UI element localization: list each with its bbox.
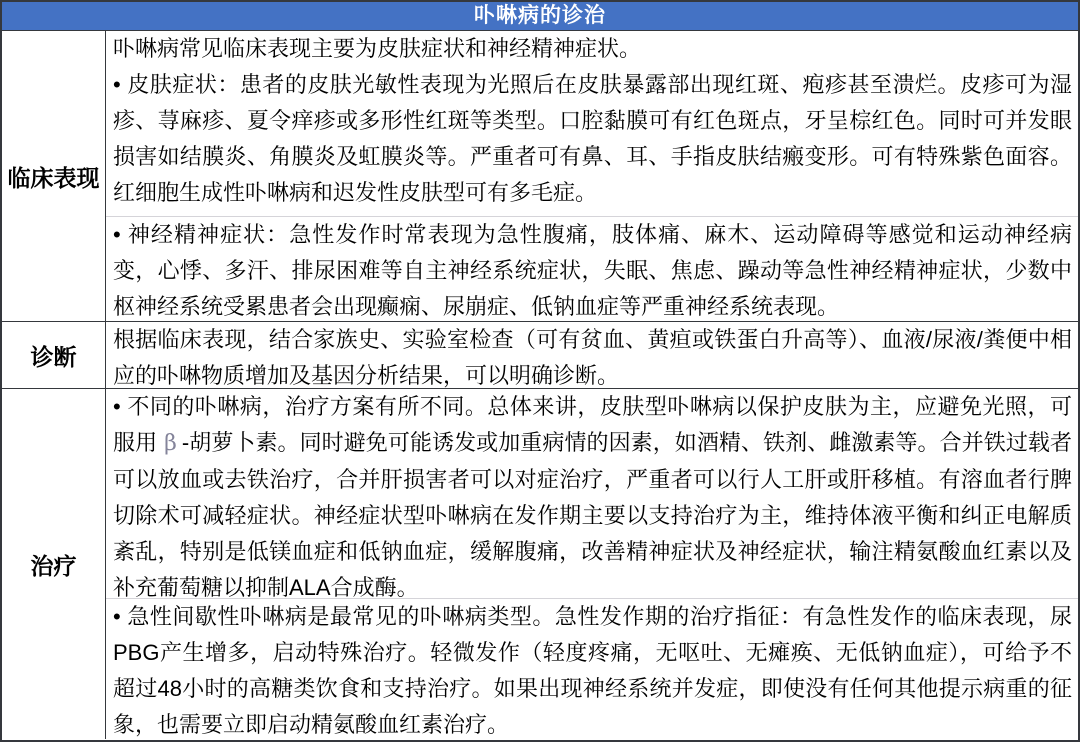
treatment-content-cell: • 不同的卟啉病，治疗方案有所不同。总体来讲，皮肤型卟啉病以保护皮肤为主，应避免… [106,389,1078,739]
beta-symbol: β [164,431,177,456]
row-label-treatment: 治疗 [2,389,106,739]
row-clinical-manifestations: 临床表现 卟啉病常见临床表现主要为皮肤症状和神经精神症状。 • 皮肤症状：患者的… [2,31,1078,321]
diagnosis-content-cell: 根据临床表现，结合家族史、实验室检查（可有贫血、黄疸或铁蛋白升高等）、血液/尿液… [106,322,1078,388]
porphyria-diagnosis-treatment-table: 卟啉病的诊治 临床表现 卟啉病常见临床表现主要为皮肤症状和神经精神症状。 • 皮… [0,0,1080,742]
paragraph-skin-symptoms: • 皮肤症状：患者的皮肤光敏性表现为光照后在皮肤暴露部出现红斑、疱疹甚至溃烂。皮… [113,67,1072,211]
paragraph-treatment-acute-intermittent: • 急性间歇性卟啉病是最常见的卟啉病类型。急性发作期的治疗指征：有急性发作的临床… [113,599,1072,739]
row-label-diagnosis: 诊断 [2,322,106,388]
paragraph-diagnosis: 根据临床表现，结合家族史、实验室检查（可有贫血、黄疸或铁蛋白升高等）、血液/尿液… [113,322,1072,388]
section-treatment-acute-intermittent: • 急性间歇性卟啉病是最常见的卟啉病类型。急性发作期的治疗指征：有急性发作的临床… [106,598,1078,739]
paragraph-treatment-general: • 不同的卟啉病，治疗方案有所不同。总体来讲，皮肤型卟啉病以保护皮肤为主，应避免… [113,389,1072,598]
section-skin-symptoms: 卟啉病常见临床表现主要为皮肤症状和神经精神症状。 • 皮肤症状：患者的皮肤光敏性… [106,31,1078,216]
section-treatment-general: • 不同的卟啉病，治疗方案有所不同。总体来讲，皮肤型卟啉病以保护皮肤为主，应避免… [106,389,1078,598]
table-title: 卟啉病的诊治 [2,2,1078,31]
section-neuropsychiatric-symptoms: • 神经精神症状：急性发作时常表现为急性腹痛，肢体痛、麻木、运动障碍等感觉和运动… [106,216,1078,321]
row-diagnosis: 诊断 根据临床表现，结合家族史、实验室检查（可有贫血、黄疸或铁蛋白升高等）、血液… [2,321,1078,388]
paragraph-overview: 卟啉病常见临床表现主要为皮肤症状和神经精神症状。 [113,31,1072,67]
paragraph-neuropsychiatric-symptoms: • 神经精神症状：急性发作时常表现为急性腹痛，肢体痛、麻木、运动障碍等感觉和运动… [113,217,1072,321]
treatment-text-after-beta: -胡萝卜素。同时避免可能诱发或加重病情的因素，如酒精、铁剂、雌激素等。合并铁过载… [113,430,1072,598]
row-label-clinical-manifestations: 临床表现 [2,31,106,321]
section-diagnosis: 根据临床表现，结合家族史、实验室检查（可有贫血、黄疸或铁蛋白升高等）、血液/尿液… [106,322,1078,388]
row-treatment: 治疗 • 不同的卟啉病，治疗方案有所不同。总体来讲，皮肤型卟啉病以保护皮肤为主，… [2,388,1078,739]
clinical-content-cell: 卟啉病常见临床表现主要为皮肤症状和神经精神症状。 • 皮肤症状：患者的皮肤光敏性… [106,31,1078,321]
